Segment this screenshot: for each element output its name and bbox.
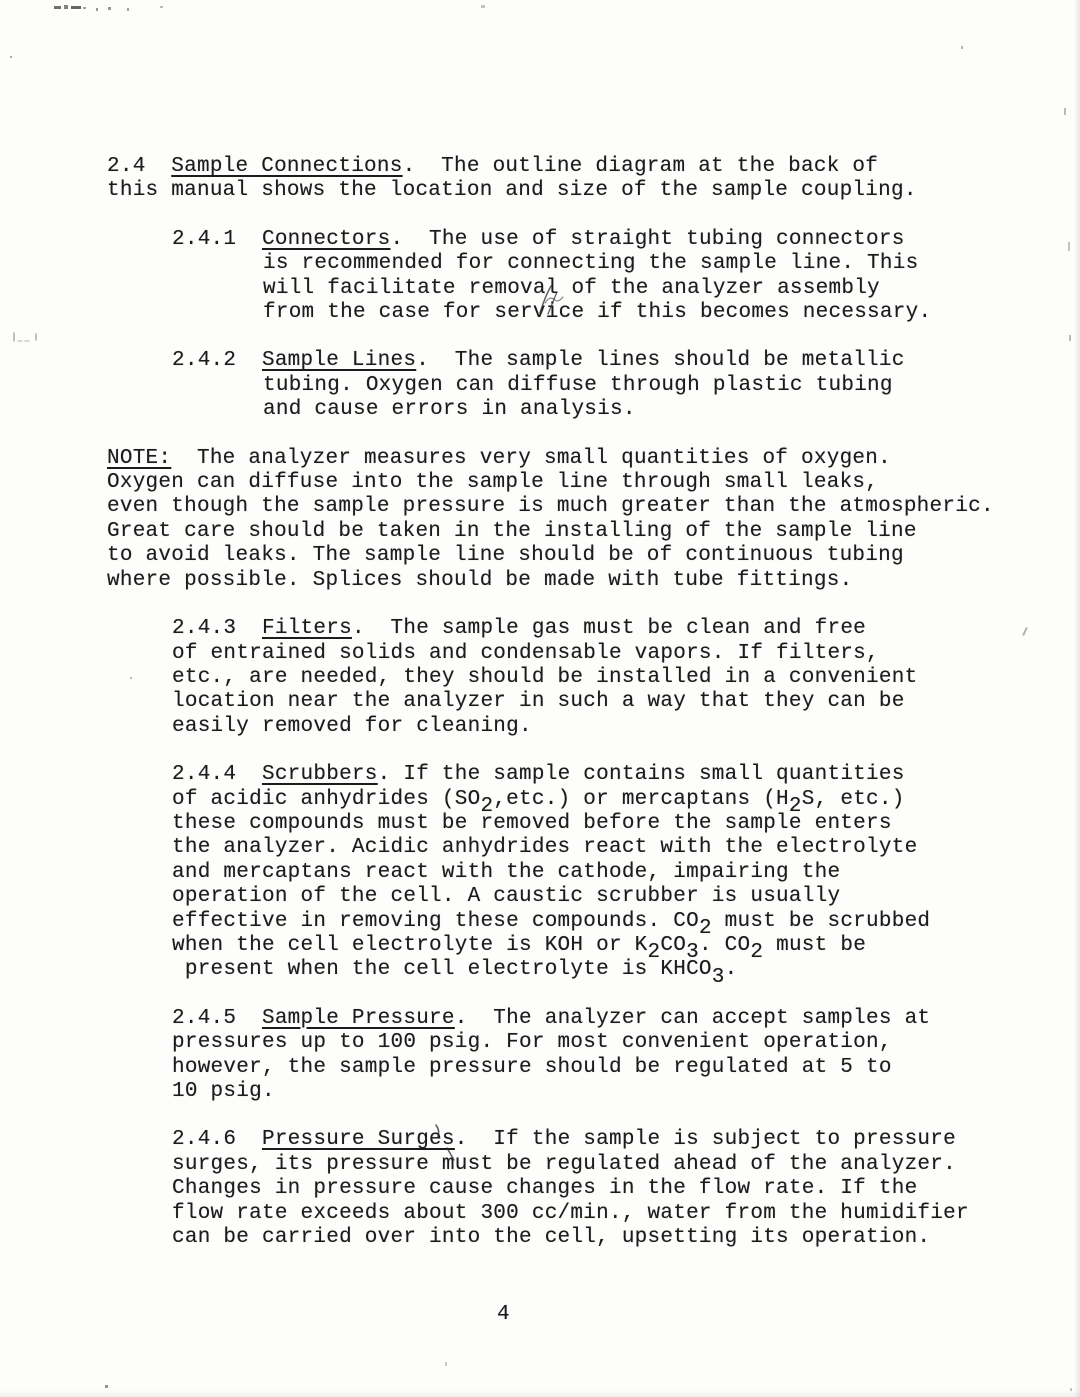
scan-specks-top (40, 2, 540, 16)
text-line: 2.4.1 Connectors. The use of straight tu… (172, 228, 1037, 252)
text-line: 2.4.4 Scrubbers. If the sample contains … (172, 763, 1037, 787)
section-2-4-6-pressure-surges: 2.4.6 Pressure Surges. If the sample is … (107, 1128, 1037, 1250)
text-line: from the case for service if this become… (263, 301, 1037, 325)
text-line: and mercaptans react with the cathode, i… (172, 861, 1037, 885)
text-line: pressures up to 100 psig. For most conve… (172, 1031, 1037, 1055)
text-line: 2.4.3 Filters. The sample gas must be cl… (172, 617, 1037, 641)
text-line: tubing. Oxygen can diffuse through plast… (263, 374, 1037, 398)
page-number: 4 (497, 1303, 510, 1326)
text-line: 2.4.6 Pressure Surges. If the sample is … (172, 1128, 1037, 1152)
scan-speck (445, 1362, 447, 1366)
text-line: easily removed for cleaning. (172, 715, 1037, 739)
text-line: 2.4 Sample Connections. The outline diag… (107, 155, 1037, 179)
section-2-4-2-sample-lines: 2.4.2 Sample Lines. The sample lines sho… (107, 349, 1037, 422)
text-line: where possible. Splices should be made w… (107, 569, 1037, 593)
scan-speck (105, 1385, 108, 1388)
text-line: is recommended for connecting the sample… (263, 252, 1037, 276)
text-line: however, the sample pressure should be r… (172, 1056, 1037, 1080)
scan-edge-shade (1074, 0, 1080, 1397)
document-page: 2.4 Sample Connections. The outline diag… (0, 0, 1080, 1397)
scan-bottom-shade (0, 1390, 1080, 1397)
text-line: the analyzer. Acidic anhydrides react wi… (172, 836, 1037, 860)
document-body: 2.4 Sample Connections. The outline diag… (107, 155, 1037, 1250)
text-line: operation of the cell. A caustic scrubbe… (172, 885, 1037, 909)
section-2-4-4-scrubbers: 2.4.4 Scrubbers. If the sample contains … (107, 763, 1037, 983)
text-line: of entrained solids and condensable vapo… (172, 642, 1037, 666)
text-line: to avoid leaks. The sample line should b… (107, 544, 1037, 568)
text-line: will facilitate removal of the analyzer … (263, 277, 1037, 301)
scan-speck (1069, 335, 1071, 341)
text-line: flow rate exceeds about 300 cc/min., wat… (172, 1202, 1037, 1226)
text-line: Great care should be taken in the instal… (107, 520, 1037, 544)
text-line: surges, its pressure must be regulated a… (172, 1153, 1037, 1177)
section-2-4-1-connectors: 2.4.1 Connectors. The use of straight tu… (107, 228, 1037, 326)
text-line: etc., are needed, they should be install… (172, 666, 1037, 690)
note-paragraph: NOTE: The analyzer measures very small q… (107, 447, 1037, 593)
scan-speck (961, 46, 963, 49)
text-line: 2.4.5 Sample Pressure. The analyzer can … (172, 1007, 1037, 1031)
text-line: present when the cell electrolyte is KHC… (172, 958, 1037, 982)
text-line: these compounds must be removed before t… (172, 812, 1037, 836)
margin-smudge-left (12, 330, 40, 346)
text-line: this manual shows the location and size … (107, 179, 1037, 203)
section-2-4-5-sample-pressure: 2.4.5 Sample Pressure. The analyzer can … (107, 1007, 1037, 1105)
text-line: NOTE: The analyzer measures very small q… (107, 447, 1037, 471)
section-2-4-sample-connections: 2.4 Sample Connections. The outline diag… (107, 155, 1037, 204)
text-line: can be carried over into the cell, upset… (172, 1226, 1037, 1250)
scan-speck (10, 56, 12, 58)
scan-speck (1064, 108, 1066, 115)
text-line: Oxygen can diffuse into the sample line … (107, 471, 1037, 495)
text-line: when the cell electrolyte is KOH or K2CO… (172, 934, 1037, 958)
text-line: location near the analyzer in such a way… (172, 690, 1037, 714)
text-line: even though the sample pressure is much … (107, 495, 1037, 519)
scan-speck (1070, 1388, 1072, 1391)
text-line: of acidic anhydrides (SO2,etc.) or merca… (172, 788, 1037, 812)
text-line: effective in removing these compounds. C… (172, 910, 1037, 934)
scan-speck (1068, 242, 1070, 251)
text-line: Changes in pressure cause changes in the… (172, 1177, 1037, 1201)
text-line: 2.4.2 Sample Lines. The sample lines sho… (172, 349, 1037, 373)
text-line: and cause errors in analysis. (263, 398, 1037, 422)
text-line: 10 psig. (172, 1080, 1037, 1104)
section-2-4-3-filters: 2.4.3 Filters. The sample gas must be cl… (107, 617, 1037, 739)
